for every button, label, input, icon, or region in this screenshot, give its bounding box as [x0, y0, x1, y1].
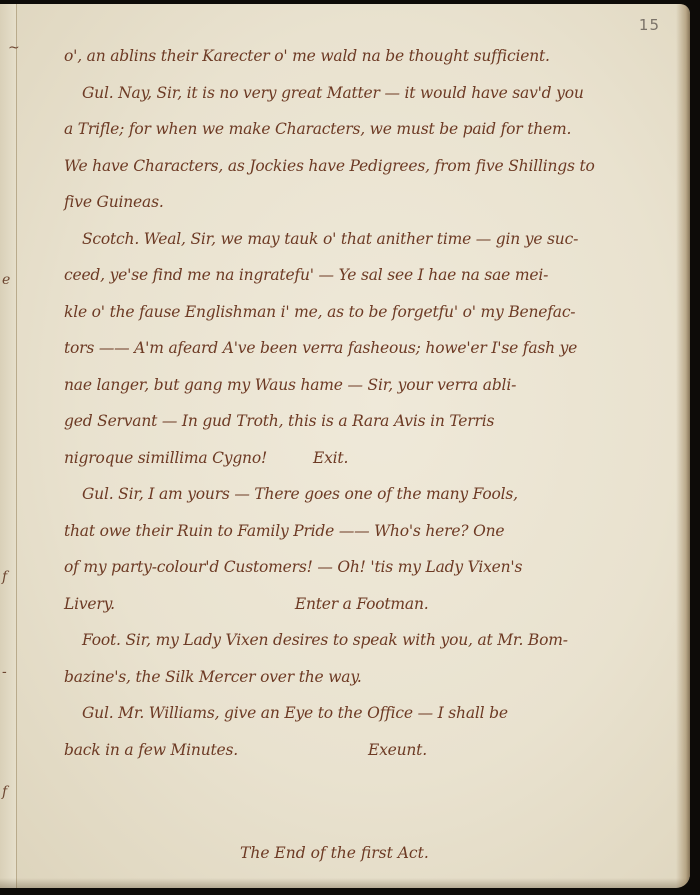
act-closing-line: The End of the first Act.: [240, 844, 429, 862]
text-line: ceed, ye'se find me na ingratefu' — Ye s…: [64, 257, 684, 294]
stage-direction-exeunt: Exeunt.: [368, 732, 427, 769]
manuscript-text: o', an ablins their Karecter o' me wald …: [64, 38, 684, 768]
line-text: that owe their Ruin to Family Pride —— W…: [64, 522, 504, 540]
line-text: kle o' the fause Englishman i' me, as to…: [64, 303, 575, 321]
text-line: kle o' the fause Englishman i' me, as to…: [64, 294, 684, 331]
stage-direction-enter: Enter a Footman.: [295, 586, 429, 623]
text-line: ged Servant — In gud Troth, this is a Ra…: [64, 403, 684, 440]
gutter-mark: ~: [8, 40, 20, 56]
gutter-mark: f: [2, 569, 7, 585]
text-line: that owe their Ruin to Family Pride —— W…: [64, 513, 684, 550]
text-line: o', an ablins their Karecter o' me wald …: [64, 38, 684, 75]
line-text: We have Characters, as Jockies have Pedi…: [64, 157, 595, 175]
binding-gutter: ~ e f - f: [0, 4, 17, 888]
text-line: nigroque simillima Cygno!Exit.: [64, 440, 684, 477]
line-text: a Trifle; for when we make Characters, w…: [64, 120, 571, 138]
line-text: nigroque simillima Cygno!: [64, 449, 267, 467]
page-edge-shadow: [0, 878, 690, 888]
line-text: bazine's, the Silk Mercer over the way.: [64, 668, 362, 686]
gutter-mark: e: [2, 272, 10, 288]
text-line: Livery.Enter a Footman.: [64, 586, 684, 623]
line-text: o', an ablins their Karecter o' me wald …: [64, 47, 550, 65]
line-text: tors —— A'm afeard A've been verra fashe…: [64, 339, 577, 357]
line-text: of my party-colour'd Customers! — Oh! 't…: [64, 558, 522, 576]
text-line: bazine's, the Silk Mercer over the way.: [64, 659, 684, 696]
folio-number: 15: [639, 16, 660, 34]
text-line: Gul. Nay, Sir, it is no very great Matte…: [64, 75, 684, 112]
line-text: Gul. Nay, Sir, it is no very great Matte…: [82, 84, 584, 102]
line-text: back in a few Minutes.: [64, 741, 238, 759]
text-line: tors —— A'm afeard A've been verra fashe…: [64, 330, 684, 367]
text-line: Gul. Mr. Williams, give an Eye to the Of…: [64, 695, 684, 732]
text-line: five Guineas.: [64, 184, 684, 221]
stage-direction-exit: Exit.: [313, 440, 348, 477]
line-text: ceed, ye'se find me na ingratefu' — Ye s…: [64, 266, 548, 284]
manuscript-page: ~ e f - f 15 o', an ablins their Karecte…: [0, 4, 690, 888]
line-text: nae langer, but gang my Waus hame — Sir,…: [64, 376, 516, 394]
line-text: Scotch. Weal, Sir, we may tauk o' that a…: [82, 230, 578, 248]
line-text: Foot. Sir, my Lady Vixen desires to spea…: [82, 631, 568, 649]
line-text: Livery.: [64, 595, 115, 613]
text-line: Scotch. Weal, Sir, we may tauk o' that a…: [64, 221, 684, 258]
text-line: nae langer, but gang my Waus hame — Sir,…: [64, 367, 684, 404]
gutter-mark: f: [2, 784, 7, 800]
text-line: back in a few Minutes.Exeunt.: [64, 732, 684, 769]
text-line: a Trifle; for when we make Characters, w…: [64, 111, 684, 148]
text-line: of my party-colour'd Customers! — Oh! 't…: [64, 549, 684, 586]
gutter-mark: -: [2, 664, 7, 680]
text-line: Gul. Sir, I am yours — There goes one of…: [64, 476, 684, 513]
line-text: Gul. Mr. Williams, give an Eye to the Of…: [82, 704, 508, 722]
text-line: We have Characters, as Jockies have Pedi…: [64, 148, 684, 185]
line-text: Gul. Sir, I am yours — There goes one of…: [82, 485, 518, 503]
line-text: ged Servant — In gud Troth, this is a Ra…: [64, 412, 494, 430]
line-text: five Guineas.: [64, 193, 164, 211]
text-line: Foot. Sir, my Lady Vixen desires to spea…: [64, 622, 684, 659]
